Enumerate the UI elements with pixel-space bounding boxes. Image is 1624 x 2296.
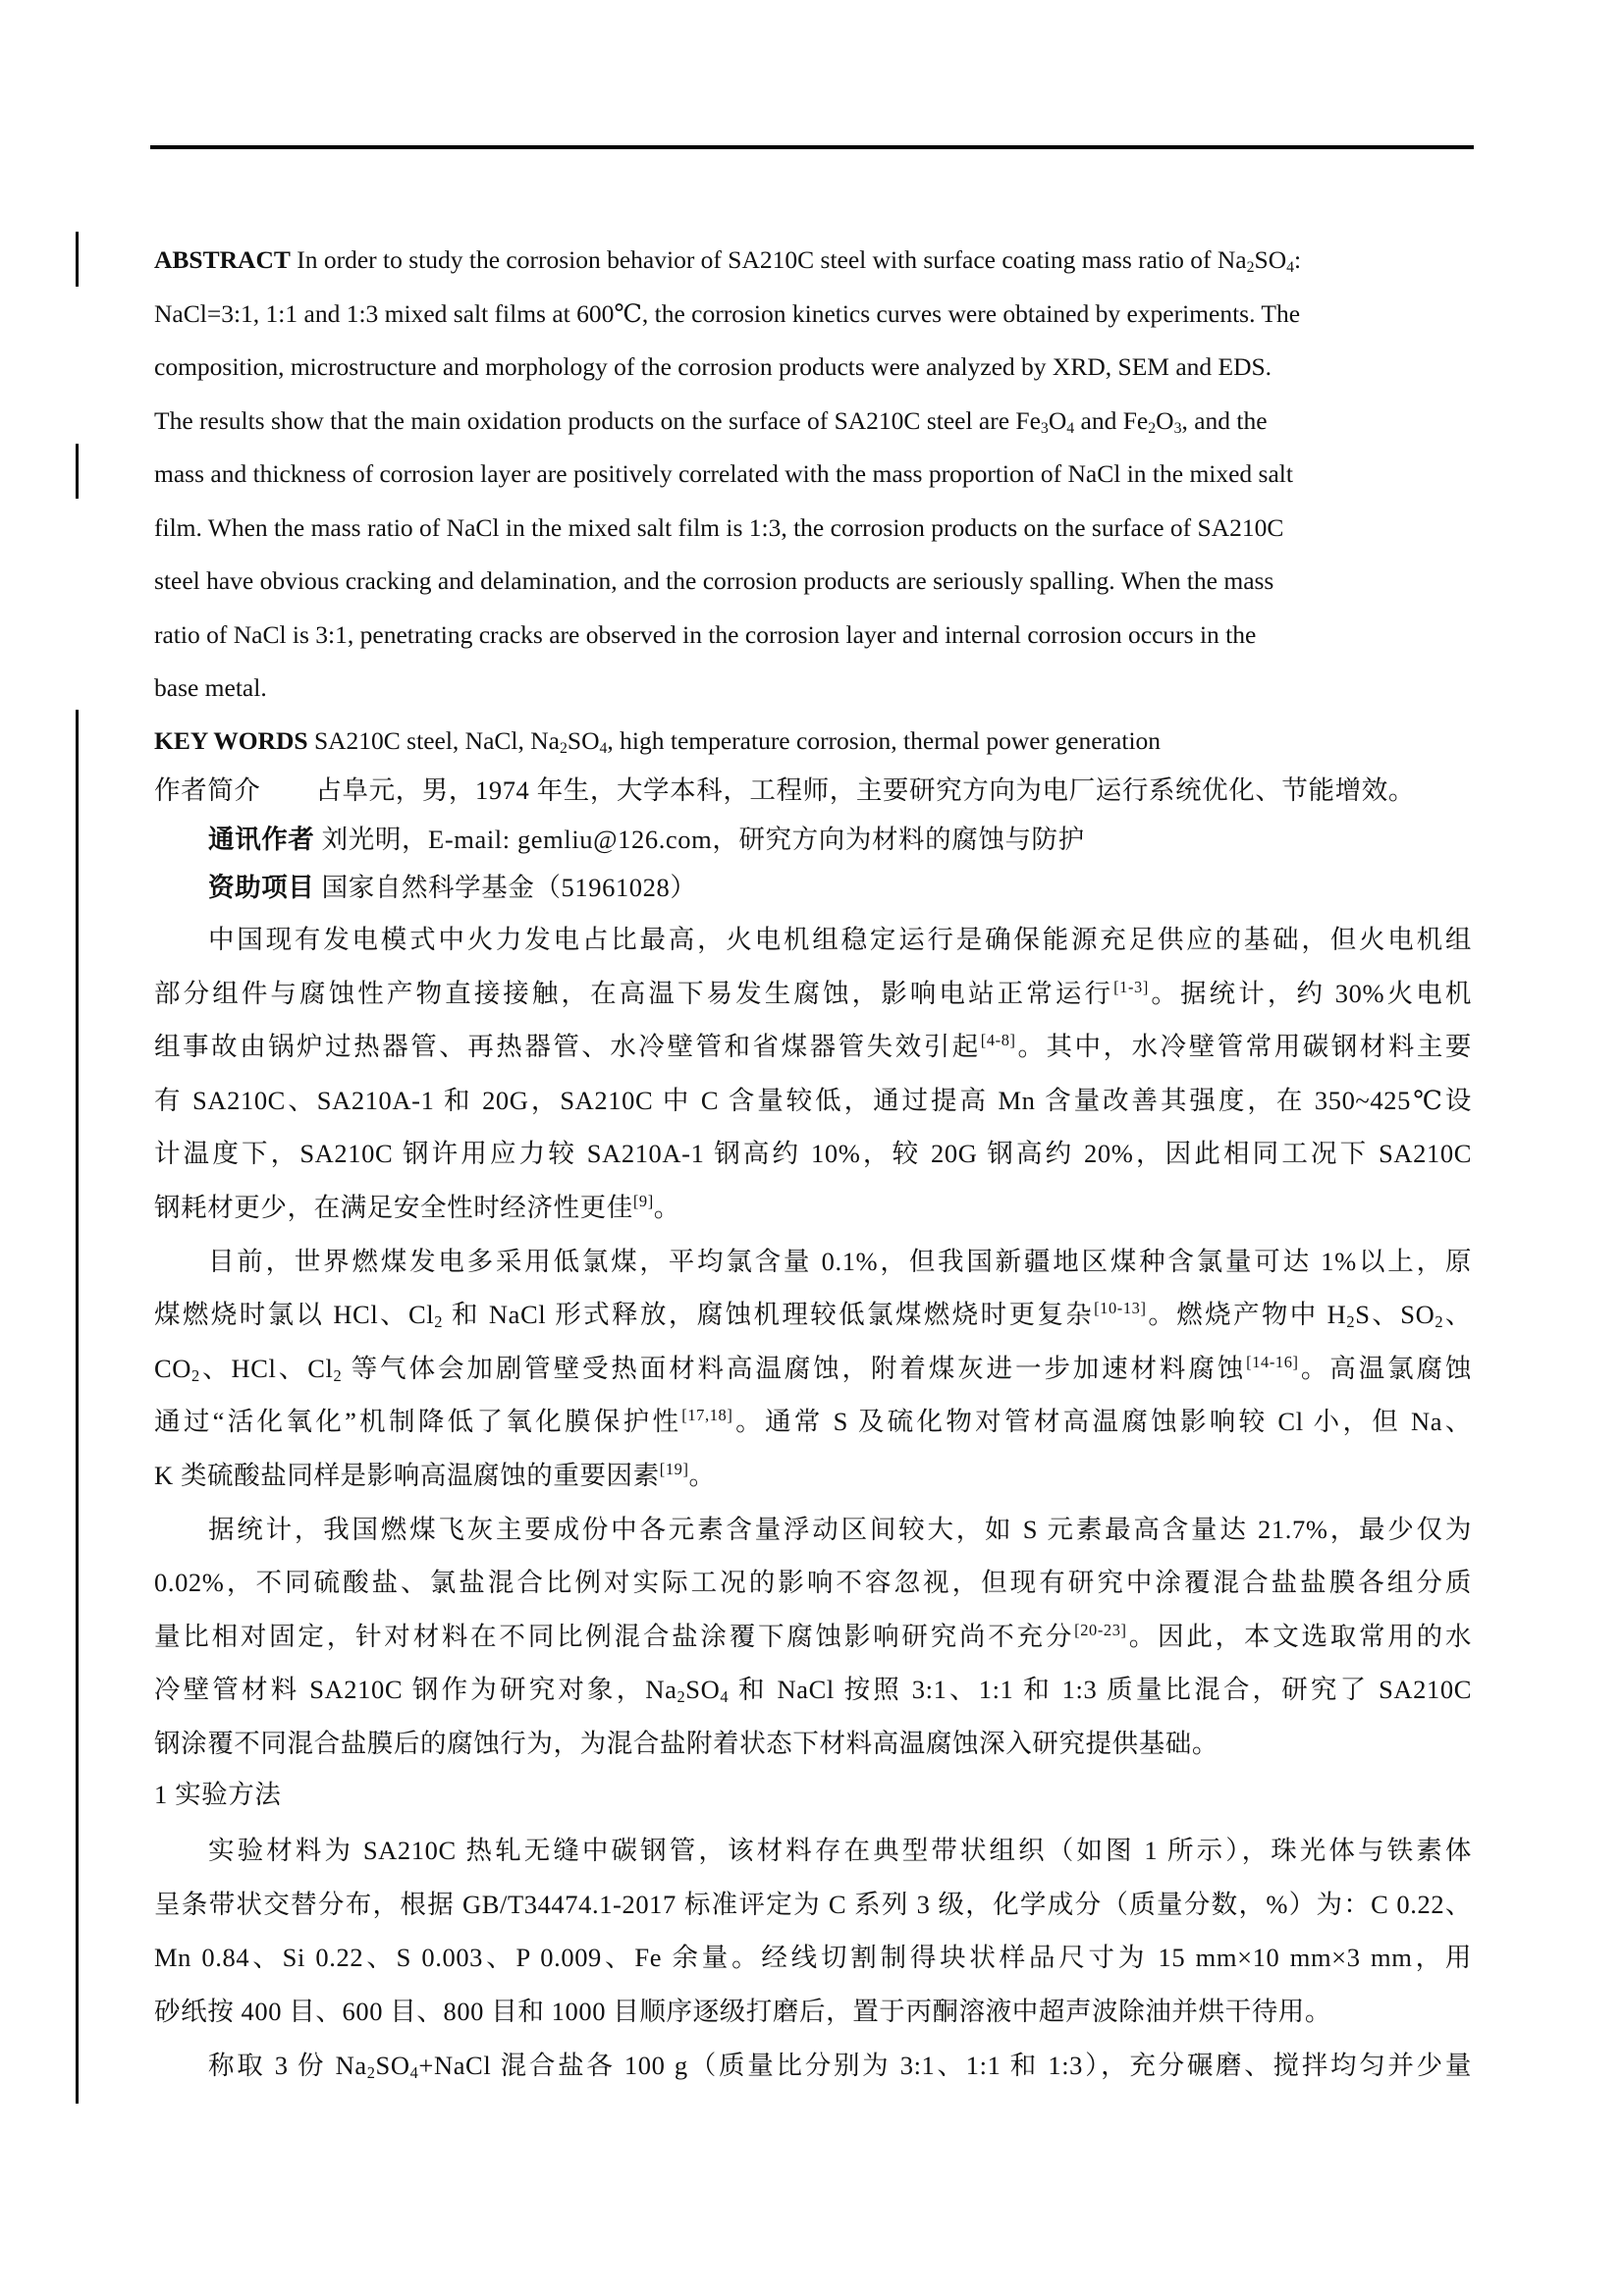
abstract-line: ABSTRACT In order to study the corrosion… (154, 245, 1301, 275)
abstract-line: steel have obvious cracking and delamina… (154, 566, 1273, 596)
body-line: 钢涂覆不同混合盐膜后的腐蚀行为，为混合盐附着状态下材料高温腐蚀深入研究提供基础。 (154, 1729, 1218, 1758)
author-bio-text: 占阜元，男，1974 年生，大学本科，工程师，主要研究方向为电厂运行系统优化、节… (315, 775, 1415, 805)
funding-label: 资助项目 (208, 873, 314, 902)
section-heading: 1 实验方法 (154, 1780, 281, 1809)
revision-bar (76, 232, 79, 287)
revision-bar (76, 444, 79, 499)
revision-bar (76, 710, 79, 2104)
body-line: 实验材料为 SA210C 热轧无缝中碳钢管，该材料存在典型带状组织（如图 1 所… (208, 1836, 1472, 1865)
body-line: CO2、HCl、Cl2 等气体会加剧管壁受热面材料高温腐蚀，附着煤灰进一步加速材… (154, 1354, 1472, 1383)
body-line: 0.02%，不同硫酸盐、氯盐混合比例对实际工况的影响不容忽视，但现有研究中涂覆混… (154, 1568, 1472, 1597)
corresponding-author: 通讯作者 刘光明，E-mail: gemliu@126.com，研究方向为材料的… (208, 825, 1085, 854)
body-line: 组事故由锅炉过热器管、再热器管、水冷壁管和省煤器管失效引起[4-8]。其中，水冷… (154, 1032, 1472, 1061)
body-line: 称取 3 份 Na2SO4+NaCl 混合盐各 100 g（质量比分别为 3:1… (208, 2051, 1472, 2080)
abstract-line: composition, microstructure and morpholo… (154, 352, 1272, 382)
abstract-line: NaCl=3:1, 1:1 and 1:3 mixed salt films a… (154, 299, 1300, 329)
body-line: 冷壁管材料 SA210C 钢作为研究对象，Na2SO4 和 NaCl 按照 3:… (154, 1675, 1472, 1704)
body-line: Mn 0.84、Si 0.22、S 0.003、P 0.009、Fe 余量。经线… (154, 1943, 1472, 1972)
abstract-line: The results show that the main oxidation… (154, 406, 1268, 436)
body-line: 据统计，我国燃煤飞灰主要成份中各元素含量浮动区间较大，如 S 元素最高含量达 2… (208, 1515, 1472, 1544)
keywords-text: KEY WORDS SA210C steel, NaCl, Na2SO4, hi… (154, 726, 1161, 756)
abstract-line: ratio of NaCl is 3:1, penetrating cracks… (154, 620, 1256, 650)
body-line: 有 SA210C、SA210A-1 和 20G，SA210C 中 C 含量较低，… (154, 1086, 1472, 1115)
abstract-line: mass and thickness of corrosion layer ar… (154, 459, 1293, 489)
abstract-line: film. When the mass ratio of NaCl in the… (154, 513, 1283, 543)
body-line: 呈条带状交替分布，根据 GB/T34474.1-2017 标准评定为 C 系列 … (154, 1890, 1472, 1919)
funding: 资助项目 国家自然科学基金（51961028） (208, 873, 696, 902)
body-line: 钢耗材更少，在满足安全性时经济性更佳[9]。 (154, 1193, 680, 1222)
body-line: 目前，世界燃煤发电多采用低氯煤，平均氯含量 0.1%，但我国新疆地区煤种含氯量可… (208, 1247, 1472, 1276)
author-bio-label: 作者简介 (154, 775, 260, 805)
body-line: 计温度下，SA210C 钢许用应力较 SA210A-1 钢高约 10%，较 20… (154, 1139, 1472, 1168)
body-line: 量比相对固定，针对材料在不同比例混合盐涂覆下腐蚀影响研究尚不充分[20-23]。… (154, 1622, 1472, 1651)
corresponding-author-text: 刘光明，E-mail: gemliu@126.com，研究方向为材料的腐蚀与防护 (322, 825, 1085, 854)
funding-text: 国家自然科学基金（51961028） (322, 873, 697, 902)
body-line: 煤燃烧时氯以 HCl、Cl2 和 NaCl 形式释放，腐蚀机理较低氯煤燃烧时更复… (154, 1300, 1472, 1329)
abstract-line: base metal. (154, 673, 267, 703)
body-line: 通过“活化氧化”机制降低了氧化膜保护性[17,18]。通常 S 及硫化物对管材高… (154, 1407, 1472, 1436)
body-line: 砂纸按 400 目、600 目、800 目和 1000 目顺序逐级打磨后，置于丙… (154, 1997, 1331, 2026)
body-line: 部分组件与腐蚀性产物直接接触，在高温下易发生腐蚀，影响电站正常运行[1-3]。据… (154, 979, 1472, 1008)
corresponding-author-label: 通讯作者 (208, 825, 314, 854)
author-bio: 作者简介占阜元，男，1974 年生，大学本科，工程师，主要研究方向为电厂运行系统… (154, 775, 1415, 805)
header-rule (150, 145, 1474, 149)
body-line: K 类硫酸盐同样是影响高温腐蚀的重要因素[19]。 (154, 1461, 716, 1490)
body-line: 中国现有发电模式中火力发电占比最高，火电机组稳定运行是确保能源充足供应的基础，但… (208, 925, 1472, 954)
